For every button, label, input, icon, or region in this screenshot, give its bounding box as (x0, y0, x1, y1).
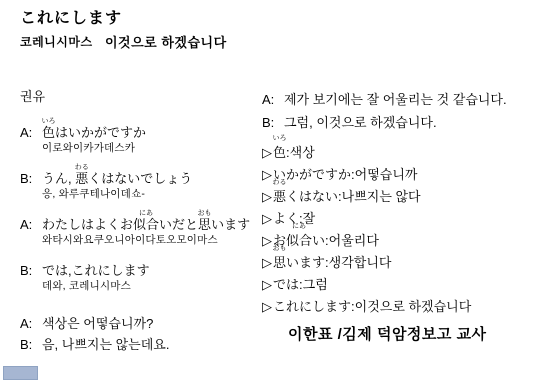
vocab-japanese: では (273, 277, 299, 292)
korean-text: 색상은 어떻습니까? (42, 313, 153, 334)
kanji-with-furigana: 悪わる (273, 186, 286, 208)
title-korean-reading: 코레니시마스 (20, 33, 93, 50)
jp-text: では (273, 277, 299, 292)
speaker-label: B: (20, 255, 42, 293)
speaker-label: A: (20, 209, 42, 247)
translation-line: B:음, 나쁘지는 않는데요. (20, 334, 258, 355)
vocab-item: ▷悪わるくはない:나쁘지는 않다 (262, 186, 536, 208)
vocab-korean: 어울리다 (329, 233, 379, 248)
furigana: いろ (273, 135, 287, 142)
kanji-with-furigana: 色いろ (42, 125, 55, 140)
korean-translation-block: A:색상은 어떻습니까?B:음, 나쁘지는 않는데요. (20, 313, 258, 355)
dialogue-line-body: では,これにします데와, 코레니시마스 (42, 255, 150, 293)
speaker-label: A: (262, 88, 284, 111)
furigana: おも (273, 245, 287, 252)
vocab-item: ▷お似合にあい:어울리다 (262, 230, 536, 252)
korean-text: 그럼, 이것으로 하겠습니다. (284, 111, 437, 134)
triangle-bullet: ▷ (262, 189, 272, 204)
korean-text: 제가 보기에는 잘 어울리는 것 같습니다. (284, 88, 507, 111)
vocab-item: ▷いかがですか:어떻습니까 (262, 164, 536, 186)
vocab-korean: 어떻습니까 (355, 167, 418, 182)
jp-text: くはない (286, 189, 338, 204)
korean-transliteration: 응, 와루쿠테나이데쇼- (42, 188, 192, 201)
vocab-japanese: これにします (273, 299, 351, 314)
jp-text: はいかがですか (55, 125, 146, 140)
vocab-item: ▷これにします:이것으로 하겠습니다 (262, 296, 536, 318)
translation-line: A:색상은 어떻습니까? (20, 313, 258, 334)
dialogue-line: B:では,これにします데와, 코레니시마스 (20, 255, 258, 293)
section-heading: 권유 (20, 86, 258, 105)
author-credit: 이한표 /김제 덕암정보고 교사 (288, 323, 536, 344)
triangle-bullet: ▷ (262, 299, 272, 314)
jp-text: くはないでしょう (88, 171, 192, 186)
vocab-japanese: 色いろ (273, 145, 286, 160)
kanji-with-furigana: 似合にあ (133, 217, 159, 232)
kanji-with-furigana: 似合にあ (286, 230, 312, 252)
page-title: これにします (20, 5, 122, 28)
japanese-dialogue: A:色いろはいかがですか이로와이카가데스카B:うん, 悪わるくはないでしょう응,… (20, 117, 258, 293)
vocab-japanese: 悪わるくはない (273, 189, 338, 204)
lesson-document: これにします 코레니시마스 이것으로 하겠습니다 권유 A:色いろはいかがですか… (0, 0, 540, 380)
vocab-korean: 그럼 (303, 277, 328, 292)
vocab-korean: 생각합니다 (329, 255, 392, 270)
notes-column: A:제가 보기에는 잘 어울리는 것 같습니다.B:그럼, 이것으로 하겠습니다… (262, 88, 536, 344)
japanese-text: わたしはよくお似合にあいだと思おもいます (42, 209, 250, 232)
vocabulary-list: ▷色いろ:색상▷いかがですか:어떻습니까▷悪わるくはない:나쁘지는 않다▷よく:… (262, 142, 536, 318)
triangle-bullet: ▷ (262, 255, 272, 270)
furigana: にあ (292, 223, 306, 230)
vocab-item: ▷思おもいます:생각합니다 (262, 252, 536, 274)
dialogue-line: A:わたしはよくお似合にあいだと思おもいます와타시와요쿠오니아이다토오모이마스 (20, 209, 258, 247)
triangle-bullet: ▷ (262, 145, 272, 160)
kanji-with-furigana: 思おも (198, 217, 211, 232)
korean-transliteration: 와타시와요쿠오니아이다토오모이마스 (42, 234, 250, 247)
vocab-japanese: 思おもいます (273, 255, 325, 270)
jp-text: わたしはよくお (42, 217, 133, 232)
jp-text: うん, (42, 171, 75, 186)
vocab-korean: 색상 (290, 145, 315, 160)
triangle-bullet: ▷ (262, 167, 272, 182)
triangle-bullet: ▷ (262, 211, 272, 226)
dialogue-line: B:うん, 悪わるくはないでしょう응, 와루쿠테나이데쇼- (20, 163, 258, 201)
speaker-label: B: (262, 111, 284, 134)
dialogue-line-body: うん, 悪わるくはないでしょう응, 와루쿠테나이데쇼- (42, 163, 192, 201)
dialogue-korean-translation: A:제가 보기에는 잘 어울리는 것 같습니다.B:그럼, 이것으로 하겠습니다… (262, 88, 536, 134)
kanji-with-furigana: 悪わる (75, 171, 88, 186)
korean-text: 음, 나쁘지는 않는데요. (42, 334, 169, 355)
speaker-label: A: (20, 313, 42, 334)
japanese-text: では,これにします (42, 255, 150, 278)
korean-transliteration: 이로와이카가데스카 (42, 142, 146, 155)
jp-text: います (286, 255, 325, 270)
corner-artifact-box (3, 366, 38, 380)
korean-transliteration: 데와, 코레니시마스 (42, 280, 150, 293)
furigana: にあ (139, 210, 153, 217)
jp-text: いだと (159, 217, 198, 232)
dialogue-line: A:色いろはいかがですか이로와이카가데스카 (20, 117, 258, 155)
furigana: わる (273, 179, 287, 186)
jp-text: います (211, 217, 250, 232)
japanese-text: うん, 悪わるくはないでしょう (42, 163, 192, 186)
vocab-korean: 이것으로 하겠습니다 (355, 299, 472, 314)
kanji-with-furigana: 思おも (273, 252, 286, 274)
dialogue-column: 권유 A:色いろはいかがですか이로와이카가데스카B:うん, 悪わるくはないでしょ… (20, 86, 258, 355)
vocab-item: ▷では:그럼 (262, 274, 536, 296)
speaker-label: B: (20, 334, 42, 355)
dialogue-line-body: わたしはよくお似合にあいだと思おもいます와타시와요쿠오니아이다토오모이마스 (42, 209, 250, 247)
title-korean-meaning: 이것으로 하겠습니다 (105, 32, 227, 51)
translation-line: B:그럼, 이것으로 하겠습니다. (262, 111, 536, 134)
kanji-with-furigana: 色いろ (273, 142, 286, 164)
jp-text: では,これにします (42, 263, 150, 278)
speaker-label: B: (20, 163, 42, 201)
furigana: わる (75, 164, 89, 171)
triangle-bullet: ▷ (262, 277, 272, 292)
dialogue-line-body: 色いろはいかがですか이로와이카가데스카 (42, 117, 146, 155)
vocab-item: ▷色いろ:색상 (262, 142, 536, 164)
furigana: いろ (42, 118, 56, 125)
japanese-text: 色いろはいかがですか (42, 117, 146, 140)
jp-text: い (312, 233, 325, 248)
translation-line: A:제가 보기에는 잘 어울리는 것 같습니다. (262, 88, 536, 111)
speaker-label: A: (20, 117, 42, 155)
jp-text: これにします (273, 299, 351, 314)
triangle-bullet: ▷ (262, 233, 272, 248)
vocab-korean: 나쁘지는 않다 (342, 189, 421, 204)
furigana: おも (198, 210, 212, 217)
